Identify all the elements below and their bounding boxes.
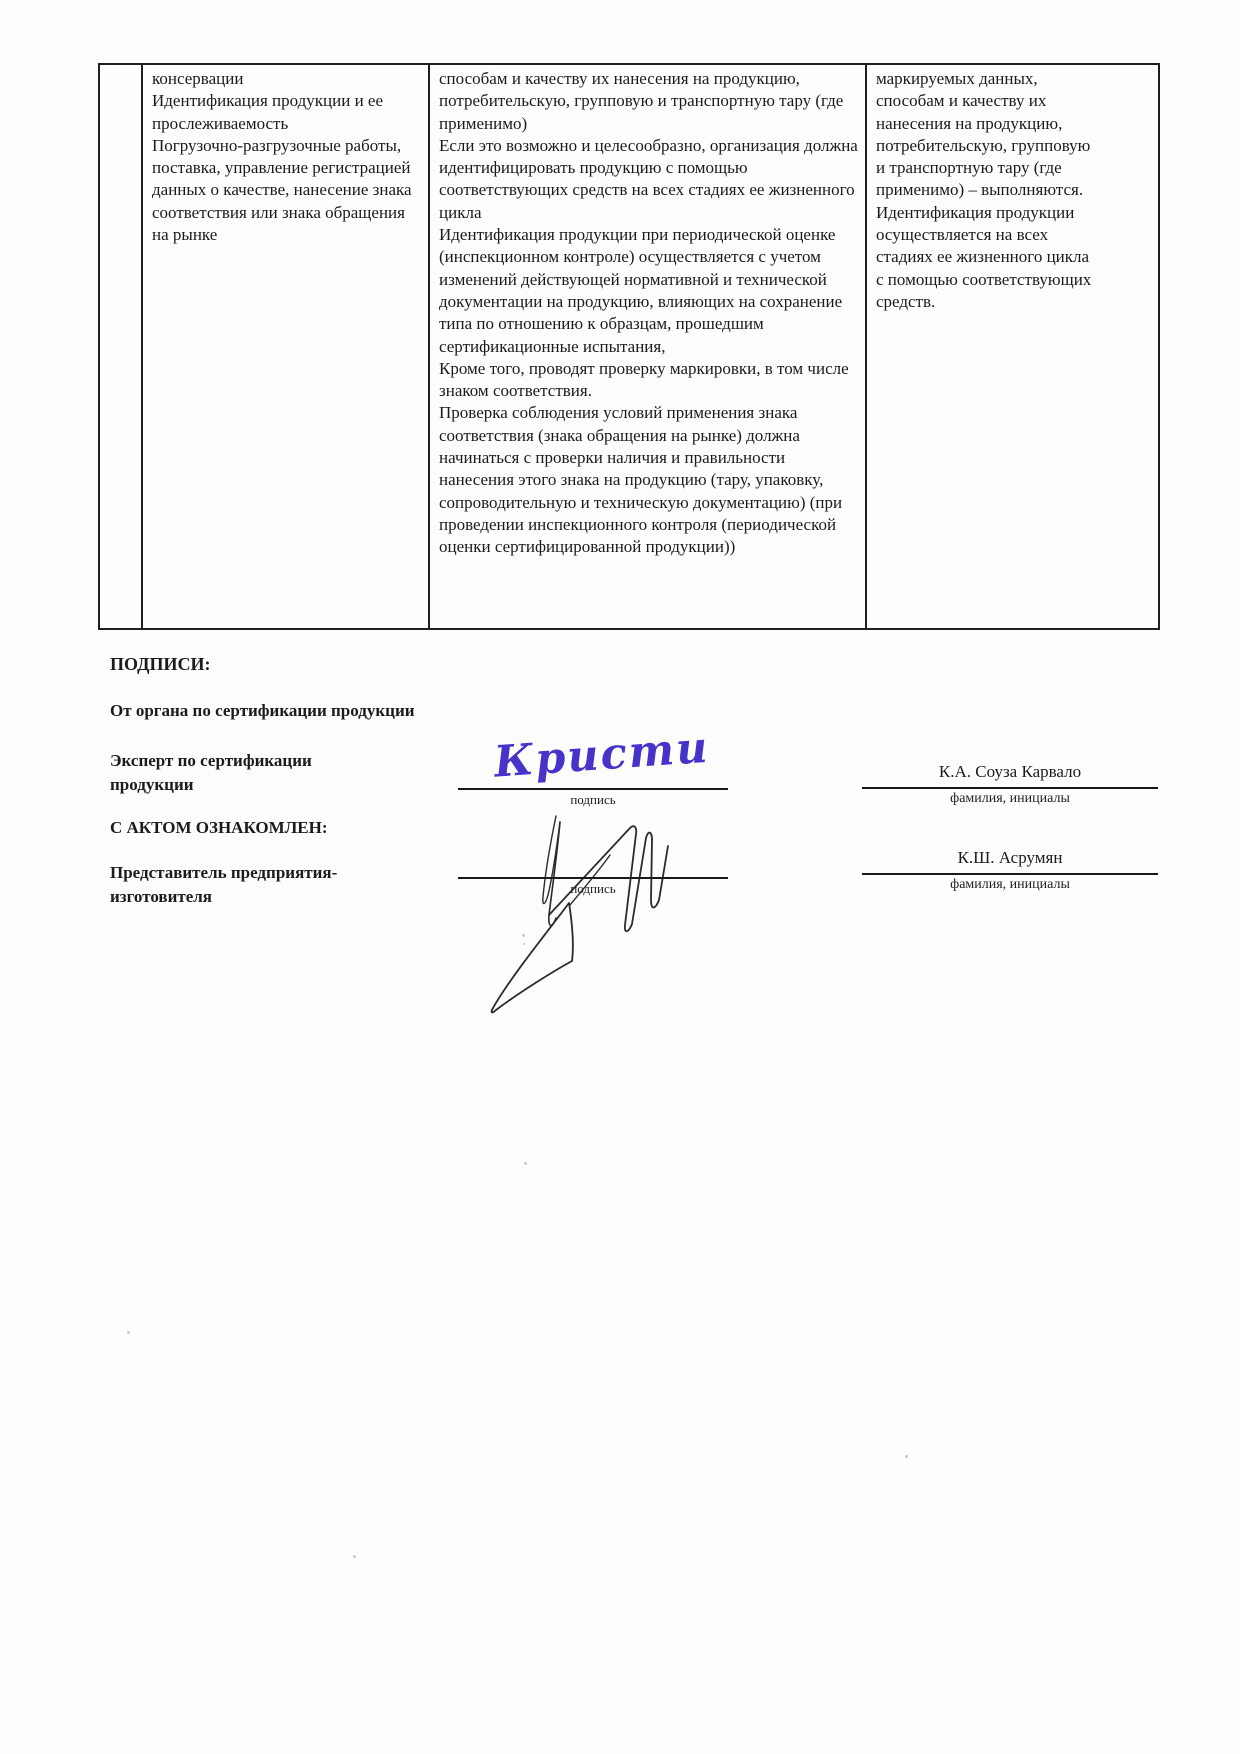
cell-paragraph: консервации (152, 68, 422, 90)
cell-paragraph: способам и качеству их нанесения на прод… (439, 68, 861, 135)
scan-speck (523, 943, 525, 945)
scan-speck (353, 1555, 356, 1558)
certification-table: консервации Идентификация продукции и ее… (98, 63, 1160, 630)
cell-paragraph: Идентификация продукции при периодическо… (439, 224, 861, 358)
from-certification-body-label: От органа по сертификации продукции (110, 699, 415, 723)
representative-name-line (862, 873, 1158, 875)
signature-caption: подпись (458, 881, 728, 897)
table-cell-number (100, 65, 141, 628)
expert-name: К.А. Соуза Карвало (862, 762, 1158, 782)
name-caption: фамилия, инициалы (862, 877, 1158, 893)
scan-speck (524, 1162, 527, 1165)
representative-role-label: Представитель предприятия-изготовителя (110, 861, 370, 909)
cell-paragraph: маркируемых данных, способам и качеству … (876, 68, 1096, 202)
cell-paragraph: Погрузочно-разгрузочные работы, поставка… (152, 135, 422, 246)
name-caption: фамилия, инициалы (862, 791, 1158, 807)
representative-name: К.Ш. Асрумян (862, 848, 1158, 868)
cell-paragraph: Идентификация продукции и ее прослеживае… (152, 90, 422, 135)
scan-speck (127, 1331, 130, 1334)
expert-role-label: Эксперт по сертификации продукции (110, 749, 360, 797)
scan-speck (522, 934, 525, 937)
expert-handwritten-signature: Кристи (493, 720, 746, 787)
acquainted-heading: С АКТОМ ОЗНАКОМЛЕН: (110, 816, 328, 840)
cell-paragraph: Кроме того, проводят проверку маркировки… (439, 358, 861, 403)
document-page: консервации Идентификация продукции и ее… (0, 0, 1240, 1754)
cell-paragraph: Если это возможно и целесообразно, орган… (439, 135, 861, 224)
scan-speck (905, 1455, 908, 1458)
cell-paragraph: Идентификация продукции осуществляется н… (876, 202, 1096, 313)
expert-signature-line (458, 788, 728, 790)
signatures-heading: ПОДПИСИ: (110, 652, 211, 676)
table-cell-conclusion: маркируемых данных, способам и качеству … (865, 65, 1158, 628)
cell-paragraph: Проверка соблюдения условий применения з… (439, 402, 861, 558)
expert-name-line (862, 787, 1158, 789)
representative-handwritten-signature (440, 800, 740, 1035)
table-cell-process-stages: консервации Идентификация продукции и ее… (141, 65, 428, 628)
representative-signature-line (458, 877, 728, 879)
table-cell-requirements: способам и качеству их нанесения на прод… (428, 65, 865, 628)
